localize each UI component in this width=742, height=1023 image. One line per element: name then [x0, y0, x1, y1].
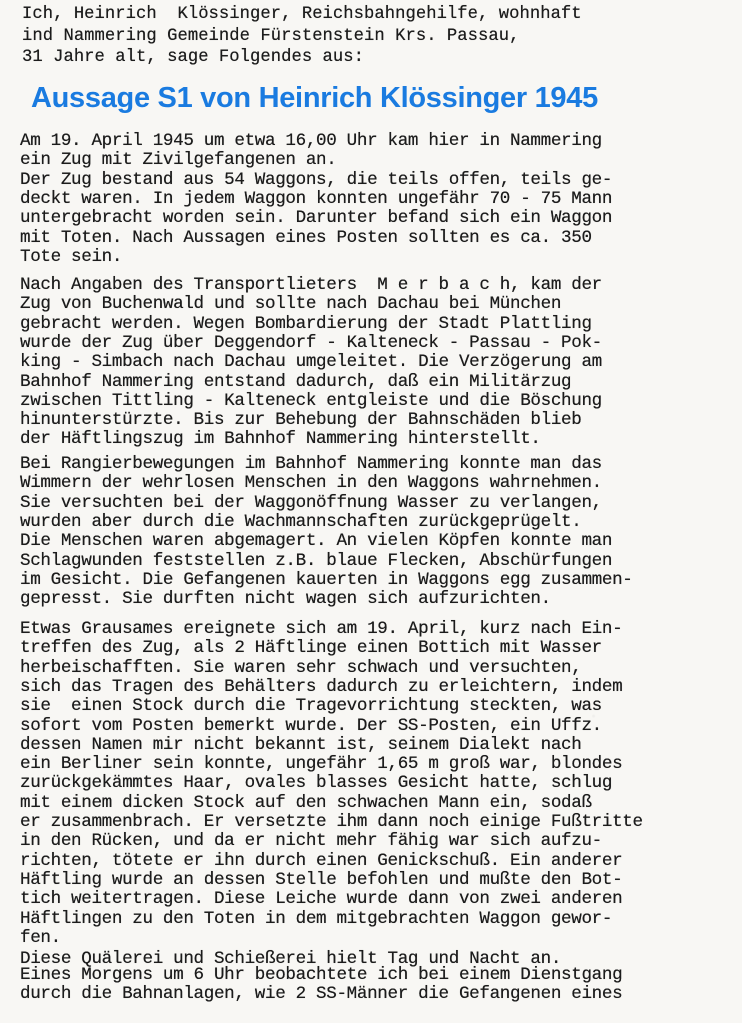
- text-line: Die Menschen waren abgemagert. An vielen…: [20, 532, 612, 551]
- text-line: mit Toten. Nach Aussagen eines Posten so…: [20, 229, 592, 248]
- text-line: Am 19. April 1945 um etwa 16,00 Uhr kam …: [20, 132, 602, 151]
- scanned-document-page: Ich, Heinrich Klössinger, Reichsbahngehi…: [0, 0, 742, 1023]
- text-line: Der Zug bestand aus 54 Waggons, die teil…: [20, 171, 612, 190]
- header-line: ind Nammering Gemeinde Fürstenstein Krs.…: [22, 27, 519, 46]
- text-line: treffen des Zug, als 2 Häftlinge einen B…: [20, 639, 602, 658]
- text-line: Schlagwunden feststellen z.B. blaue Flec…: [20, 552, 612, 571]
- text-line: Bei Rangierbewegungen im Bahnhof Nammeri…: [20, 455, 602, 474]
- text-line: sich das Tragen des Behälters dadurch zu…: [20, 678, 622, 697]
- document-title: Aussage S1 von Heinrich Klössinger 1945: [31, 80, 598, 116]
- text-line: wurde der Zug über Deggendorf - Kaltenec…: [20, 334, 602, 353]
- text-line: ein Berliner sein konnte, ungefähr 1,65 …: [20, 755, 622, 774]
- text-line: gepresst. Sie durften nicht wagen sich a…: [20, 590, 551, 609]
- text-line: king - Simbach nach Dachau umgeleitet. D…: [20, 353, 602, 372]
- text-line: Eines Morgens um 6 Uhr beobachtete ich b…: [20, 966, 622, 985]
- text-line: Häftlingen zu den Toten in dem mitgebrac…: [20, 910, 612, 929]
- header-line: 31 Jahre alt, sage Folgendes aus:: [22, 48, 364, 67]
- text-line: ein Zug mit Zivilgefangenen an.: [20, 151, 336, 170]
- text-line: im Gesicht. Die Gefangenen kauerten in W…: [20, 571, 632, 590]
- text-line: Wimmern der wehrlosen Menschen in den Wa…: [20, 474, 602, 493]
- text-line: dessen Namen mir nicht bekannt ist, sein…: [20, 736, 581, 755]
- text-line: richten, tötete er ihn durch einen Genic…: [20, 852, 622, 871]
- text-line: herbeischafften. Sie waren sehr schwach …: [20, 659, 581, 678]
- text-line: durch die Bahnanlagen, wie 2 SS-Männer d…: [20, 985, 622, 1004]
- text-line: mit einem dicken Stock auf den schwachen…: [20, 794, 592, 813]
- text-line: fen.: [20, 929, 61, 948]
- text-line: Bahnhof Nammering entstand dadurch, daß …: [20, 373, 571, 392]
- text-line: Tote sein.: [20, 248, 122, 267]
- text-line: tich weitertragen. Diese Leiche wurde da…: [20, 890, 622, 909]
- text-line: untergebracht worden sein. Darunter befa…: [20, 209, 612, 228]
- text-line: sofort vom Posten bemerkt wurde. Der SS-…: [20, 717, 602, 736]
- text-line: Etwas Grausames ereignete sich am 19. Ap…: [20, 620, 622, 639]
- text-line: er zusammenbrach. Er versetzte ihm dann …: [20, 813, 643, 832]
- text-line: zurückgekämmtes Haar, ovales blasses Ges…: [20, 774, 612, 793]
- text-line: sie einen Stock durch die Tragevorrichtu…: [20, 697, 602, 716]
- text-line: zwischen Tittling - Kalteneck entgleiste…: [20, 392, 602, 411]
- text-line: Zug von Buchenwald und sollte nach Dacha…: [20, 295, 561, 314]
- text-line: Häftling wurde an dessen Stelle befohlen…: [20, 871, 622, 890]
- text-line: Sie versuchten bei der Waggonöffnung Was…: [20, 494, 602, 513]
- text-line: hinunterstürzte. Bis zur Behebung der Ba…: [20, 411, 581, 430]
- header-line: Ich, Heinrich Klössinger, Reichsbahngehi…: [22, 5, 582, 24]
- text-line: in den Rücken, und da er nicht mehr fähi…: [20, 832, 602, 851]
- text-line: gebracht werden. Wegen Bombardierung der…: [20, 315, 592, 334]
- text-line: der Häftlingszug im Bahnhof Nammering hi…: [20, 430, 541, 449]
- text-line: wurden aber durch die Wachmannschaften z…: [20, 513, 581, 532]
- text-line: deckt waren. In jedem Waggon konnten ung…: [20, 190, 612, 209]
- text-line: Nach Angaben des Transportlieters M e r …: [20, 276, 602, 295]
